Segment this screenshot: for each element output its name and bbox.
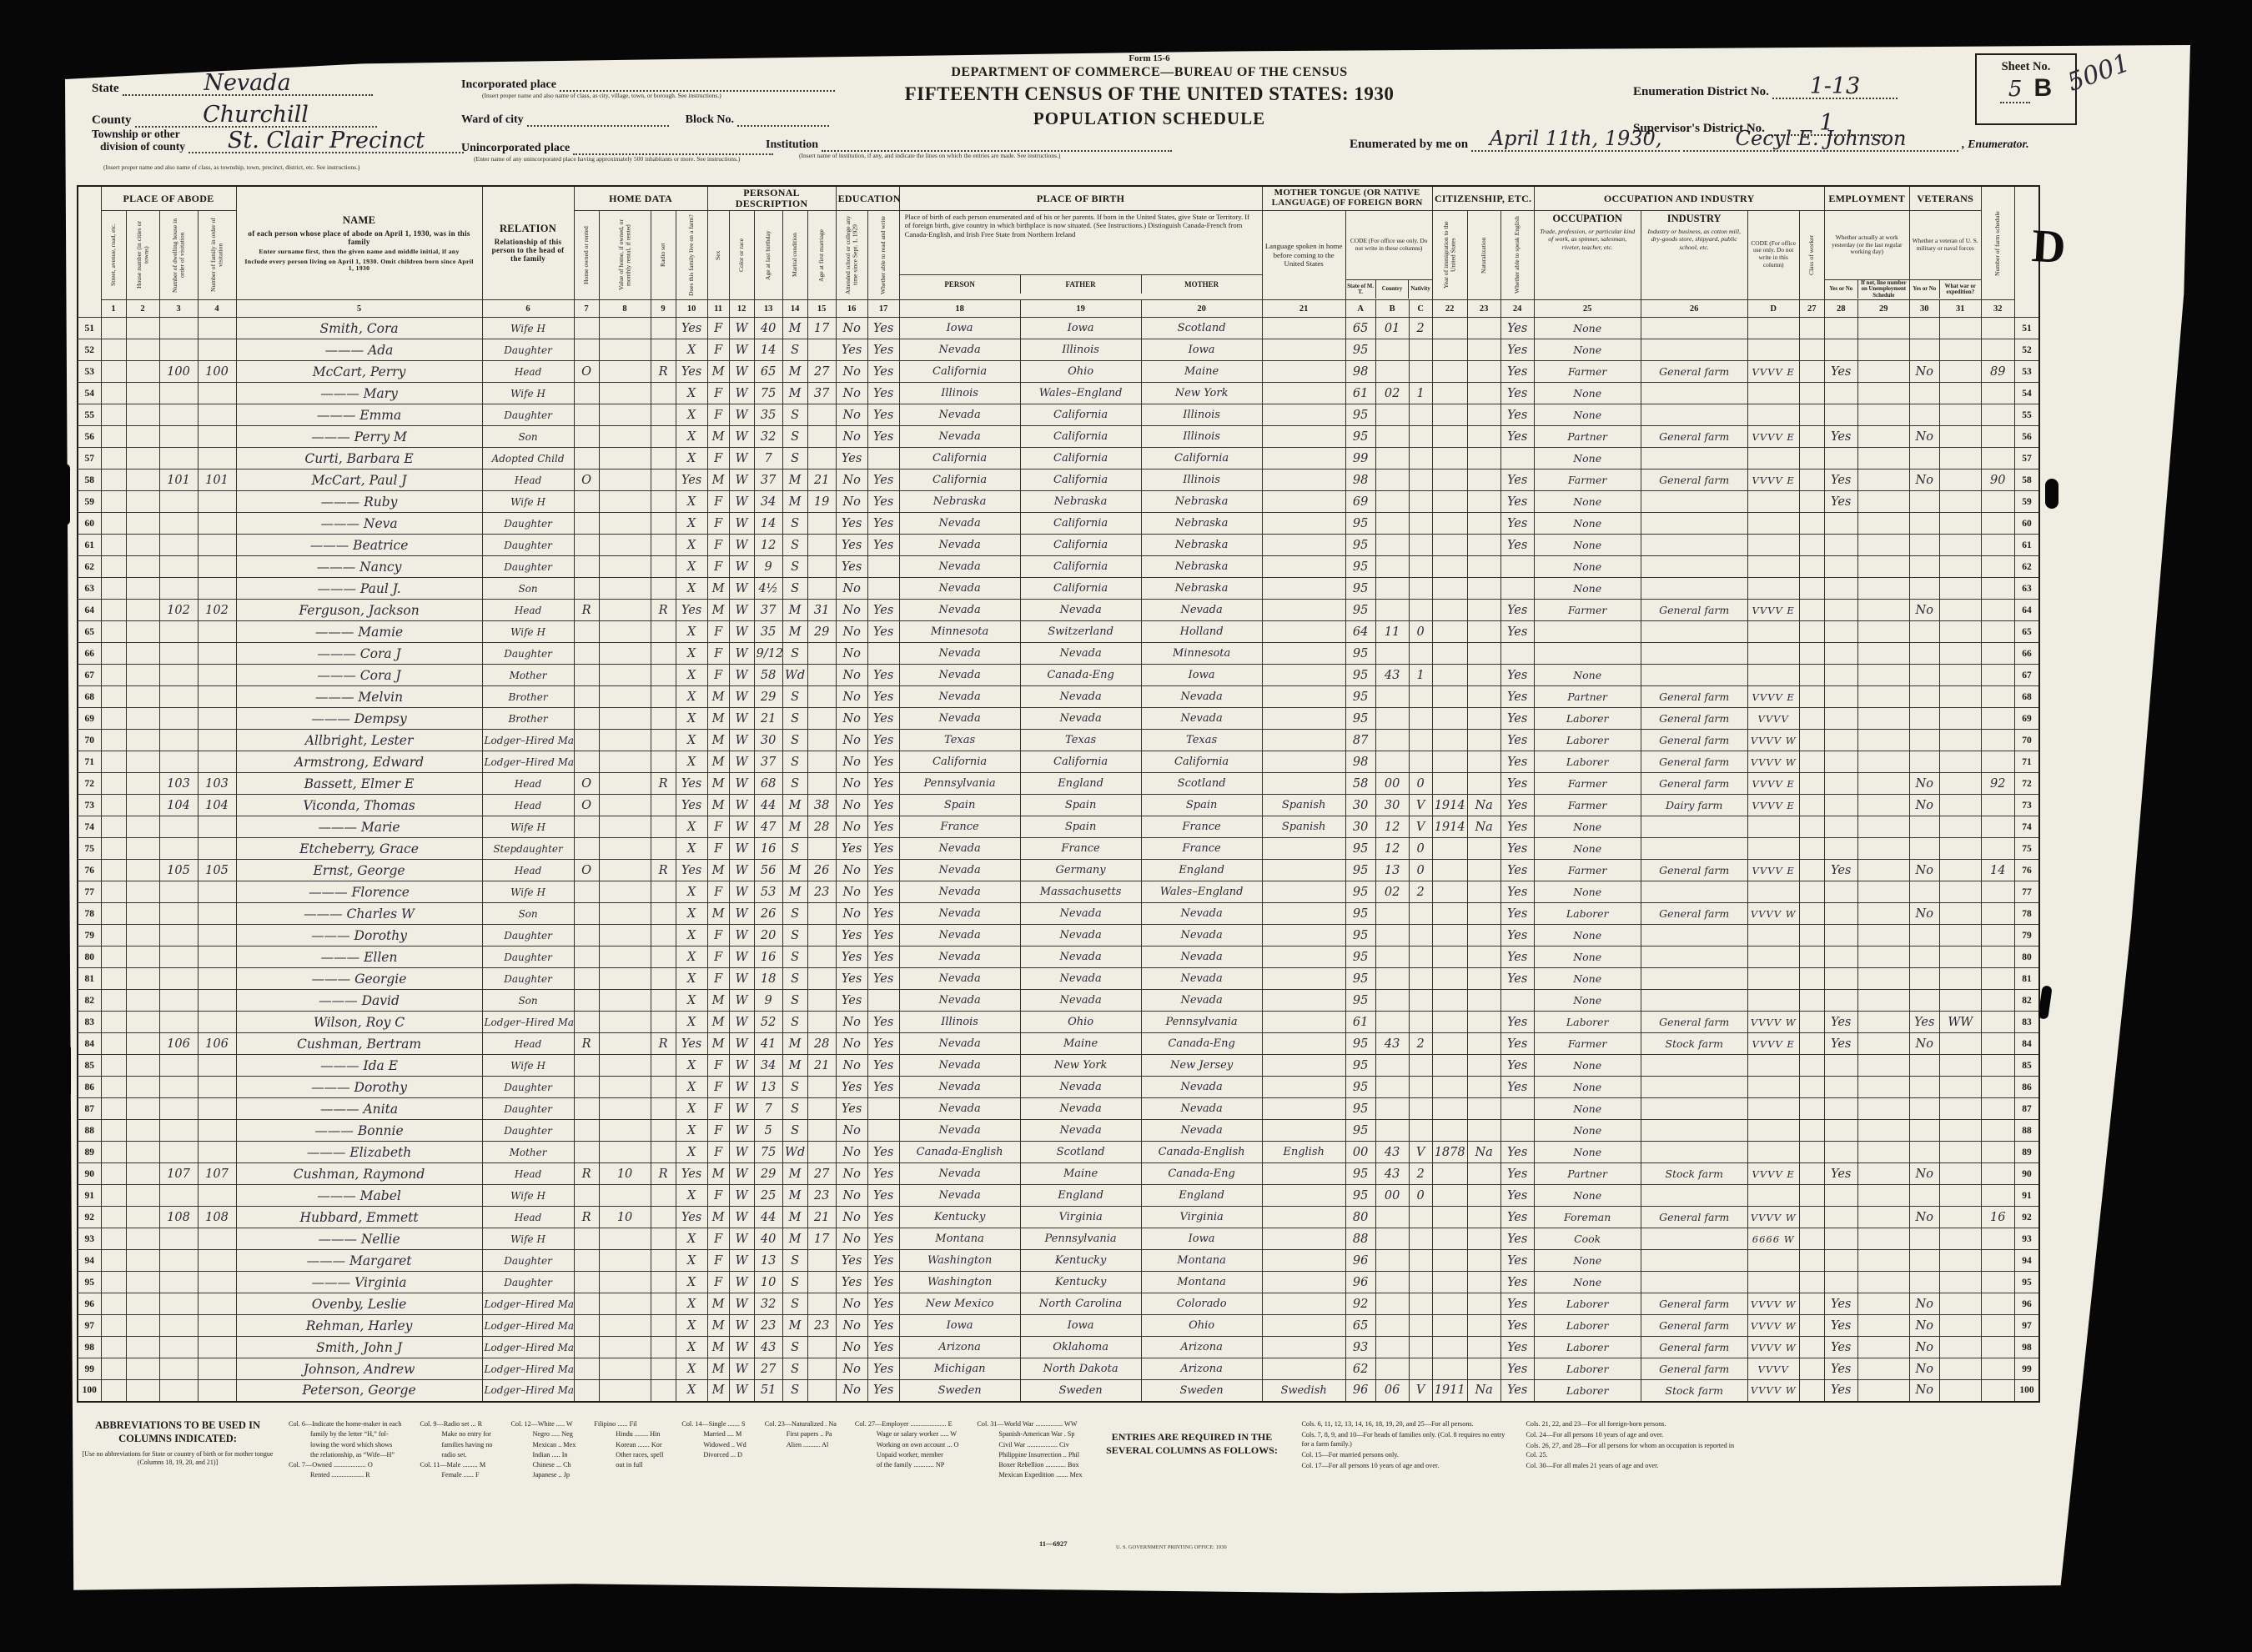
cell-cD: VVVV E xyxy=(1747,1033,1799,1055)
cell-yi xyxy=(1432,1315,1467,1337)
cell-d xyxy=(159,621,198,643)
col-immigration-year: Year of immigration to the United States xyxy=(1432,211,1467,300)
cell-na xyxy=(1467,947,1500,968)
cell-sx: F xyxy=(707,383,729,404)
cell-cB xyxy=(1375,578,1409,600)
cell-b1: California xyxy=(899,469,1020,491)
cell-b2: California xyxy=(1020,513,1141,535)
cell-cC: 0 xyxy=(1409,860,1432,881)
cell-wr xyxy=(1939,383,1981,404)
cell-cA: 95 xyxy=(1345,708,1375,730)
name-cell: McCart, Perry xyxy=(236,361,482,383)
cell-f xyxy=(198,1358,236,1380)
cell-cw xyxy=(1799,448,1824,469)
cell-cC xyxy=(1409,404,1432,426)
cell-f xyxy=(198,578,236,600)
cell-oc: None xyxy=(1534,404,1641,426)
cell-en: Yes xyxy=(1500,1228,1534,1250)
cell-wy: Yes xyxy=(1824,1337,1857,1358)
cell-wy xyxy=(1824,339,1857,361)
cell-cC xyxy=(1409,643,1432,665)
line-number: 65 xyxy=(2014,621,2039,643)
name-cell: ——— Neva xyxy=(236,513,482,535)
cell-ag: 25 xyxy=(754,1185,782,1207)
cell-d xyxy=(159,535,198,556)
table-row: 62——— NancyDaughterXFW9SYesNevadaCalifor… xyxy=(78,556,2039,578)
cell-o xyxy=(574,383,599,404)
cell-am: 17 xyxy=(807,318,836,339)
cell-hn xyxy=(126,773,159,795)
printer-line: U. S. GOVERNMENT PRINTING OFFICE: 1930 xyxy=(1116,1544,1227,1550)
cell-o xyxy=(574,751,599,773)
cell-b2: Nevada xyxy=(1020,968,1141,990)
cell-oc: None xyxy=(1534,556,1641,578)
cell-ms: M xyxy=(782,1163,807,1185)
cell-oc: Laborer xyxy=(1534,1358,1641,1380)
cell-b1: Nevada xyxy=(899,643,1020,665)
cell-wy xyxy=(1824,448,1857,469)
cell-en: Yes xyxy=(1500,1207,1534,1228)
cell-rw xyxy=(867,643,899,665)
cell-vt xyxy=(1909,513,1939,535)
col-age: Age at last birthday xyxy=(754,211,782,300)
name-cell: ——— Anita xyxy=(236,1098,482,1120)
entry-line: Cols. 21, 22, and 23—For all foreign-bor… xyxy=(1526,1419,1738,1429)
col-street: Street, avenue, road, etc. xyxy=(101,211,126,300)
cell-b2: Pennsylvania xyxy=(1020,1228,1141,1250)
cell-ms: S xyxy=(782,404,807,426)
cell-na xyxy=(1467,990,1500,1012)
cell-rl: Head xyxy=(482,361,574,383)
abbreviation-line: Mexican .. Mex xyxy=(510,1440,576,1450)
cell-b3: Nevada xyxy=(1141,686,1262,708)
cell-sc: No xyxy=(836,773,867,795)
cell-vt xyxy=(1909,339,1939,361)
cell-sc: Yes xyxy=(836,513,867,535)
cell-vt xyxy=(1909,556,1939,578)
cell-wr xyxy=(1939,1250,1981,1272)
cell-sx: F xyxy=(707,1120,729,1142)
cell-lg xyxy=(1262,968,1345,990)
cell-ms: S xyxy=(782,1380,807,1402)
cell-ul xyxy=(1857,686,1909,708)
cell-yi xyxy=(1432,404,1467,426)
cell-fn xyxy=(1981,881,2014,903)
cell-hn xyxy=(126,1358,159,1380)
cell-fm: X xyxy=(676,730,707,751)
cell-wr xyxy=(1939,1293,1981,1315)
cell-cr: W xyxy=(729,1207,754,1228)
cell-fm: Yes xyxy=(676,361,707,383)
cell-wy xyxy=(1824,665,1857,686)
cell-lg xyxy=(1262,903,1345,925)
cell-wy: Yes xyxy=(1824,1315,1857,1337)
cell-fn xyxy=(1981,947,2014,968)
cell-sc: No xyxy=(836,578,867,600)
cell-na xyxy=(1467,860,1500,881)
cell-sx: M xyxy=(707,773,729,795)
cell-cA: 61 xyxy=(1345,1012,1375,1033)
cell-b3: Scotland xyxy=(1141,318,1262,339)
table-row: 65——— MamieWife HXFW35M29NoYesMinnesotaS… xyxy=(78,621,2039,643)
cell-am xyxy=(807,1293,836,1315)
cell-cw xyxy=(1799,426,1824,448)
cell-b3: Canada-Eng xyxy=(1141,1033,1262,1055)
cell-en: Yes xyxy=(1500,708,1534,730)
cell-cC xyxy=(1409,903,1432,925)
abbreviation-column: Col. 27—Employer ..................... E… xyxy=(855,1419,958,1481)
col-employment: Whether actually at work yesterday (or t… xyxy=(1824,211,1909,300)
line-number: 81 xyxy=(78,968,101,990)
cell-ms: S xyxy=(782,968,807,990)
cell-ul xyxy=(1857,1077,1909,1098)
cell-rl: Daughter xyxy=(482,1120,574,1142)
cell-b2: Nevada xyxy=(1020,990,1141,1012)
cell-in: General farm xyxy=(1641,730,1747,751)
cell-r xyxy=(651,339,676,361)
cell-cC xyxy=(1409,1098,1432,1120)
cell-v xyxy=(599,1293,651,1315)
name-cell: ——— Ruby xyxy=(236,491,482,513)
cell-fn xyxy=(1981,383,2014,404)
cell-fn xyxy=(1981,1185,2014,1207)
cell-fn xyxy=(1981,339,2014,361)
cell-rl: Son xyxy=(482,426,574,448)
cell-sx: M xyxy=(707,751,729,773)
cell-fn xyxy=(1981,1120,2014,1142)
cell-cB xyxy=(1375,1315,1409,1337)
cell-v xyxy=(599,816,651,838)
name-cell: ——— Emma xyxy=(236,404,482,426)
cell-na xyxy=(1467,469,1500,491)
cell-cA: 95 xyxy=(1345,339,1375,361)
cell-in xyxy=(1641,404,1747,426)
cell-fn xyxy=(1981,448,2014,469)
cell-cr: W xyxy=(729,990,754,1012)
abbreviation-column: Filipino ...... FilHindu ........ HinKor… xyxy=(594,1419,663,1481)
cell-sx: M xyxy=(707,990,729,1012)
cell-cB xyxy=(1375,1337,1409,1358)
cell-b1: Nevada xyxy=(899,947,1020,968)
cell-cr: W xyxy=(729,383,754,404)
cell-lg xyxy=(1262,1120,1345,1142)
cell-rw: Yes xyxy=(867,469,899,491)
cell-r xyxy=(651,665,676,686)
cell-in xyxy=(1641,643,1747,665)
cell-fn: 89 xyxy=(1981,361,2014,383)
cell-in: Stock farm xyxy=(1641,1380,1747,1402)
col-language: Language spoken in home before coming to… xyxy=(1262,211,1345,300)
cell-hn xyxy=(126,1337,159,1358)
table-row: 82——— DavidSonXMW9SYesNevadaNevadaNevada… xyxy=(78,990,2039,1012)
cell-cB xyxy=(1375,339,1409,361)
cell-wr xyxy=(1939,1033,1981,1055)
cell-cw xyxy=(1799,1077,1824,1098)
cell-en xyxy=(1500,1098,1534,1120)
cell-v: 10 xyxy=(599,1163,651,1185)
line-number: 78 xyxy=(78,903,101,925)
cell-b2: California xyxy=(1020,556,1141,578)
cell-ul xyxy=(1857,1315,1909,1337)
cell-yi xyxy=(1432,339,1467,361)
cell-ag: 27 xyxy=(754,1358,782,1380)
line-number: 98 xyxy=(2014,1337,2039,1358)
cell-sx: F xyxy=(707,448,729,469)
cell-cB xyxy=(1375,903,1409,925)
name-cell: ——— Dorothy xyxy=(236,1077,482,1098)
cell-d xyxy=(159,968,198,990)
line-number: 100 xyxy=(2014,1380,2039,1402)
cell-d xyxy=(159,947,198,968)
cell-wr xyxy=(1939,1185,1981,1207)
cell-fn xyxy=(1981,1250,2014,1272)
cell-wy xyxy=(1824,968,1857,990)
cell-r xyxy=(651,535,676,556)
cell-rl: Wife H xyxy=(482,881,574,903)
cell-wy xyxy=(1824,556,1857,578)
cell-st xyxy=(101,361,126,383)
cell-wr xyxy=(1939,1228,1981,1250)
cell-f: 102 xyxy=(198,600,236,621)
cell-oc: None xyxy=(1534,491,1641,513)
group-place-of-abode: PLACE OF ABODE xyxy=(101,186,236,211)
column-number: 12 xyxy=(729,300,754,318)
cell-o xyxy=(574,643,599,665)
line-number: 88 xyxy=(78,1120,101,1142)
cell-st xyxy=(101,881,126,903)
cell-rw: Yes xyxy=(867,1315,899,1337)
cell-cC xyxy=(1409,686,1432,708)
cell-wr xyxy=(1939,361,1981,383)
cell-rl: Son xyxy=(482,903,574,925)
cell-lg xyxy=(1262,1098,1345,1120)
cell-sc: No xyxy=(836,708,867,730)
cell-ul xyxy=(1857,339,1909,361)
cell-v xyxy=(599,1228,651,1250)
cell-cr: W xyxy=(729,361,754,383)
cell-lg xyxy=(1262,1272,1345,1293)
cell-cD xyxy=(1747,491,1799,513)
cell-hn xyxy=(126,1120,159,1142)
cell-b2: Maine xyxy=(1020,1033,1141,1055)
cell-in xyxy=(1641,535,1747,556)
cell-fn: 90 xyxy=(1981,469,2014,491)
cell-sc: No xyxy=(836,1358,867,1380)
cell-cr: W xyxy=(729,1142,754,1163)
cell-r xyxy=(651,947,676,968)
cell-st xyxy=(101,1337,126,1358)
cell-rw: Yes xyxy=(867,665,899,686)
cell-ag: 58 xyxy=(754,665,782,686)
cell-ul xyxy=(1857,1380,1909,1402)
cell-am xyxy=(807,686,836,708)
cell-oc xyxy=(1534,643,1641,665)
cell-cw xyxy=(1799,990,1824,1012)
cell-cr: W xyxy=(729,426,754,448)
cell-cC xyxy=(1409,339,1432,361)
table-row: 68——— MelvinBrotherXMW29SNoYesNevadaNeva… xyxy=(78,686,2039,708)
cell-lg xyxy=(1262,426,1345,448)
cell-hn xyxy=(126,339,159,361)
cell-st xyxy=(101,925,126,947)
cell-na xyxy=(1467,773,1500,795)
name-cell: ——— Mabel xyxy=(236,1185,482,1207)
cell-rl: Mother xyxy=(482,665,574,686)
cell-fm: X xyxy=(676,621,707,643)
cell-fn xyxy=(1981,578,2014,600)
cell-oc: Laborer xyxy=(1534,1293,1641,1315)
cell-fm: X xyxy=(676,838,707,860)
line-number: 76 xyxy=(78,860,101,881)
abbreviation-column: Col. 6—Indicate the home-maker in eachfa… xyxy=(289,1419,402,1481)
cell-ul xyxy=(1857,469,1909,491)
cell-am: 21 xyxy=(807,469,836,491)
cell-o xyxy=(574,686,599,708)
cell-sc: Yes xyxy=(836,535,867,556)
cell-yi xyxy=(1432,881,1467,903)
name-cell: Allbright, Lester xyxy=(236,730,482,751)
cell-d xyxy=(159,339,198,361)
cell-fn xyxy=(1981,1358,2014,1380)
cell-b1: Nevada xyxy=(899,1077,1020,1098)
cell-na xyxy=(1467,578,1500,600)
cell-cD xyxy=(1747,404,1799,426)
cell-cA: 96 xyxy=(1345,1250,1375,1272)
cell-in: Dairy farm xyxy=(1641,795,1747,816)
cell-r xyxy=(651,318,676,339)
cell-en: Yes xyxy=(1500,1077,1534,1098)
cell-fm: Yes xyxy=(676,318,707,339)
cell-r xyxy=(651,1077,676,1098)
cell-b1: New Mexico xyxy=(899,1293,1020,1315)
cell-f xyxy=(198,404,236,426)
cell-rl: Wife H xyxy=(482,383,574,404)
cell-hn xyxy=(126,708,159,730)
cell-am: 21 xyxy=(807,1055,836,1077)
cell-o xyxy=(574,426,599,448)
cell-d xyxy=(159,448,198,469)
cell-en: Yes xyxy=(1500,925,1534,947)
cell-wy xyxy=(1824,621,1857,643)
cell-wy xyxy=(1824,1142,1857,1163)
cell-na xyxy=(1467,556,1500,578)
cell-st xyxy=(101,708,126,730)
cell-ul xyxy=(1857,1033,1909,1055)
name-cell: ——— Dorothy xyxy=(236,925,482,947)
cell-v xyxy=(599,426,651,448)
cell-lg xyxy=(1262,600,1345,621)
col-naturalization: Naturalization xyxy=(1467,211,1500,300)
cell-vt: No xyxy=(1909,795,1939,816)
cell-sx: F xyxy=(707,491,729,513)
line-number: 65 xyxy=(78,621,101,643)
cell-r xyxy=(651,426,676,448)
cell-cB xyxy=(1375,1055,1409,1077)
column-number: 22 xyxy=(1432,300,1467,318)
cell-lg xyxy=(1262,1358,1345,1380)
cell-lg xyxy=(1262,404,1345,426)
cell-wy xyxy=(1824,643,1857,665)
table-row: 91——— MabelWife HXFW25M23NoYesNevadaEngl… xyxy=(78,1185,2039,1207)
cell-cA: 88 xyxy=(1345,1228,1375,1250)
col-home-owned: Home owned or rented xyxy=(574,211,599,300)
cell-b2: Maine xyxy=(1020,1163,1141,1185)
cell-en: Yes xyxy=(1500,1315,1534,1337)
cell-o xyxy=(574,665,599,686)
cell-wr xyxy=(1939,1098,1981,1120)
table-row: 80——— EllenDaughterXFW16SYesYesNevadaNev… xyxy=(78,947,2039,968)
cell-wy xyxy=(1824,578,1857,600)
cell-am xyxy=(807,1337,836,1358)
cell-en: Yes xyxy=(1500,1358,1534,1380)
cell-fm: X xyxy=(676,448,707,469)
abbreviation-line: Rented ................... R xyxy=(289,1470,402,1480)
cell-rw: Yes xyxy=(867,1358,899,1380)
line-number: 62 xyxy=(2014,556,2039,578)
cell-fm: X xyxy=(676,1055,707,1077)
cell-oc: None xyxy=(1534,816,1641,838)
cell-o xyxy=(574,448,599,469)
column-number: D xyxy=(1747,300,1799,318)
cell-in: General farm xyxy=(1641,1358,1747,1380)
cell-am xyxy=(807,903,836,925)
cell-v xyxy=(599,1098,651,1120)
cell-wr xyxy=(1939,795,1981,816)
cell-yi xyxy=(1432,860,1467,881)
cell-f xyxy=(198,708,236,730)
cell-r xyxy=(651,990,676,1012)
cell-en: Yes xyxy=(1500,383,1534,404)
entry-line: Col. 17—For all persons 10 years of age … xyxy=(1301,1461,1514,1470)
cell-fm: Yes xyxy=(676,469,707,491)
cell-o: O xyxy=(574,860,599,881)
cell-b2: England xyxy=(1020,1185,1141,1207)
column-number: 8 xyxy=(599,300,651,318)
cell-vt xyxy=(1909,838,1939,860)
column-number: 21 xyxy=(1262,300,1345,318)
entry-line: Col. 15—For married persons only. xyxy=(1301,1450,1514,1459)
cell-cD: VVVV E xyxy=(1747,1163,1799,1185)
cell-v xyxy=(599,1380,651,1402)
cell-b3: Ohio xyxy=(1141,1315,1262,1337)
cell-oc: None xyxy=(1534,1142,1641,1163)
cell-b3: Nevada xyxy=(1141,708,1262,730)
cell-fn xyxy=(1981,1077,2014,1098)
cell-oc: Laborer xyxy=(1534,1315,1641,1337)
cell-rl: Daughter xyxy=(482,947,574,968)
cell-en: Yes xyxy=(1500,513,1534,535)
cell-na xyxy=(1467,1337,1500,1358)
cell-b2: California xyxy=(1020,535,1141,556)
cell-b1: France xyxy=(899,816,1020,838)
cell-wr xyxy=(1939,816,1981,838)
cell-sc: Yes xyxy=(836,1077,867,1098)
line-number: 71 xyxy=(78,751,101,773)
cell-cr: W xyxy=(729,1185,754,1207)
cell-cC xyxy=(1409,708,1432,730)
cell-lg: Spanish xyxy=(1262,816,1345,838)
cell-cD xyxy=(1747,339,1799,361)
cell-o xyxy=(574,925,599,947)
cell-cD xyxy=(1747,621,1799,643)
table-row: 54——— MaryWife HXFW75M37NoYesIllinoisWal… xyxy=(78,383,2039,404)
cell-b1: Nevada xyxy=(899,535,1020,556)
cell-fm: X xyxy=(676,816,707,838)
line-number: 77 xyxy=(78,881,101,903)
cell-sx: M xyxy=(707,361,729,383)
cell-sc: Yes xyxy=(836,1250,867,1272)
cell-oc: None xyxy=(1534,925,1641,947)
